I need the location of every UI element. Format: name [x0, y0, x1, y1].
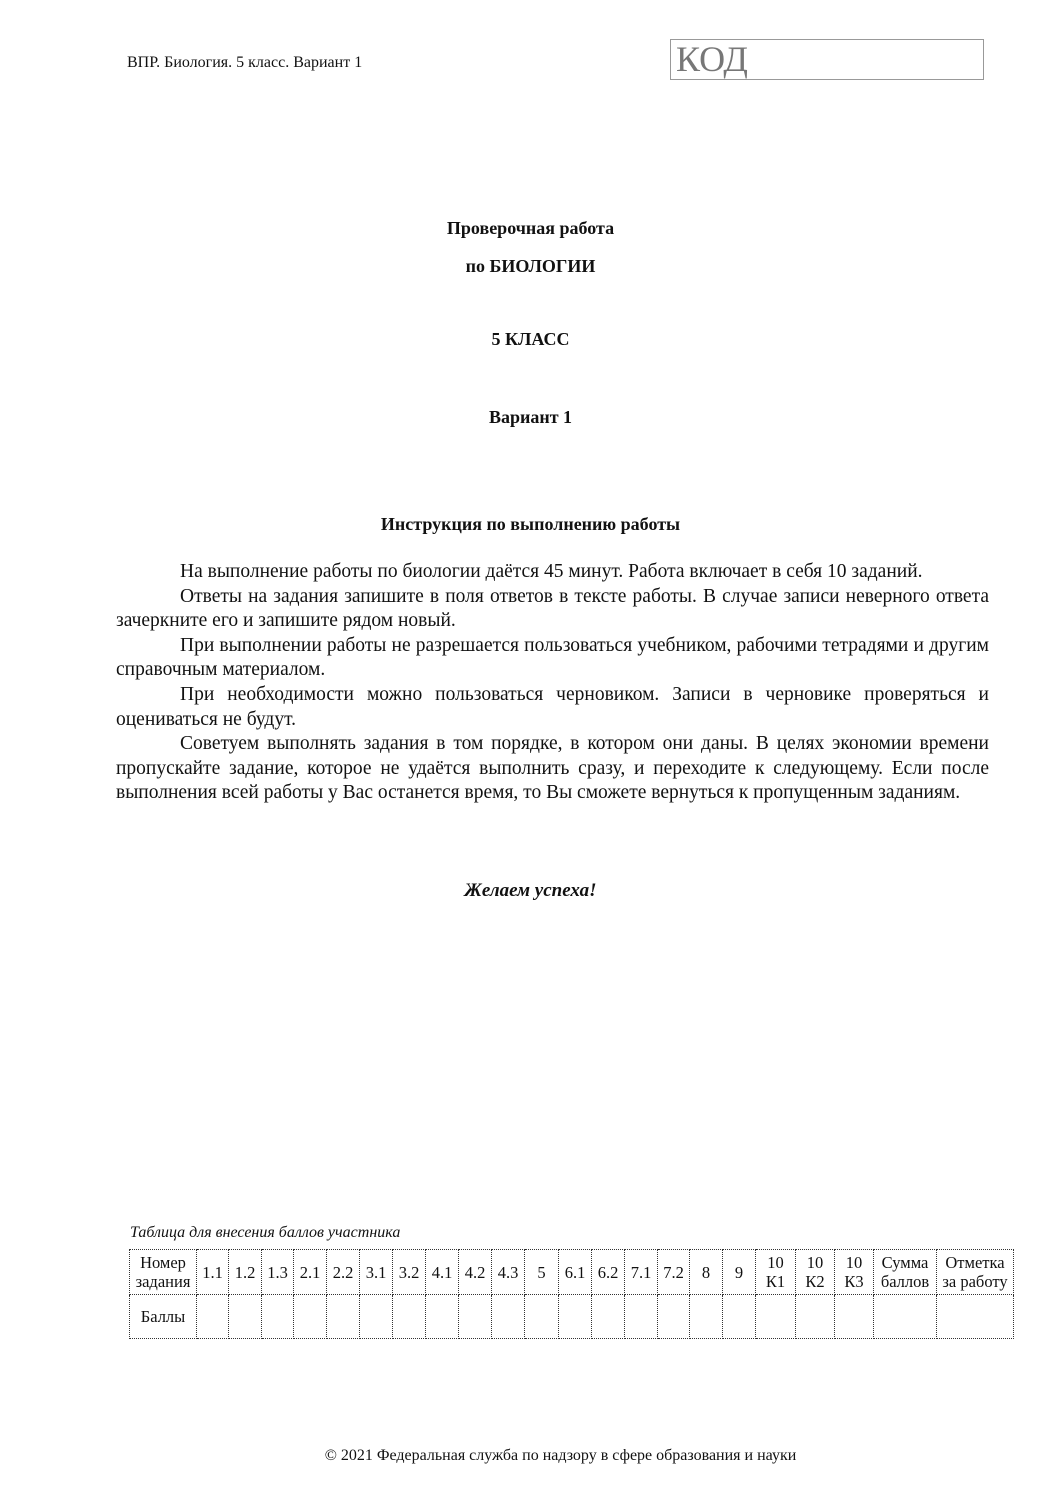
- table-caption: Таблица для внесения баллов участника: [130, 1224, 400, 1242]
- document-header: ВПР. Биология. 5 класс. Вариант 1: [127, 54, 362, 72]
- task-number-cell: 3.2: [393, 1250, 426, 1295]
- task-number-cell: 10 К2: [796, 1250, 835, 1295]
- instruction-paragraph: При выполнении работы не разрешается пол…: [116, 634, 989, 683]
- score-input-cell[interactable]: [426, 1295, 459, 1339]
- task-number-cell: 6.2: [592, 1250, 625, 1295]
- good-luck-text: Желаем успеха!: [0, 880, 1061, 902]
- score-input-cell[interactable]: [874, 1295, 937, 1339]
- score-input-cell[interactable]: [796, 1295, 835, 1339]
- grade-label: 5 КЛАСС: [0, 329, 1061, 350]
- copyright-footer: © 2021 Федеральная служба по надзору в с…: [0, 1447, 1061, 1465]
- score-input-cell[interactable]: [393, 1295, 426, 1339]
- instructions-body: На выполнение работы по биологии даётся …: [116, 560, 989, 806]
- title-line-1: Проверочная работа: [0, 218, 1061, 239]
- score-input-cell[interactable]: [937, 1295, 1014, 1339]
- code-label: КОД: [676, 38, 748, 80]
- row-header-task: Номер задания: [130, 1250, 197, 1295]
- score-input-cell[interactable]: [592, 1295, 625, 1339]
- score-input-cell[interactable]: [625, 1295, 658, 1339]
- code-field[interactable]: КОД: [670, 39, 984, 80]
- score-input-cell[interactable]: [327, 1295, 360, 1339]
- task-number-cell: 5: [525, 1250, 559, 1295]
- instruction-paragraph: Советуем выполнять задания в том порядке…: [116, 732, 989, 806]
- score-input-cell[interactable]: [262, 1295, 294, 1339]
- instruction-paragraph: На выполнение работы по биологии даётся …: [116, 560, 989, 585]
- score-input-cell[interactable]: [835, 1295, 874, 1339]
- score-input-cell[interactable]: [756, 1295, 796, 1339]
- task-number-cell: 7.1: [625, 1250, 658, 1295]
- task-number-cell: 9: [723, 1250, 756, 1295]
- score-input-cell[interactable]: [723, 1295, 756, 1339]
- score-input-cell[interactable]: [360, 1295, 393, 1339]
- task-number-cell: 1.2: [229, 1250, 262, 1295]
- instruction-paragraph: При необходимости можно пользоваться чер…: [116, 683, 989, 732]
- task-number-cell: 10 К3: [835, 1250, 874, 1295]
- score-table: Номер задания 1.11.21.32.12.23.13.24.14.…: [129, 1249, 1014, 1339]
- instructions-title: Инструкция по выполнению работы: [0, 514, 1061, 535]
- task-number-cell: 1.3: [262, 1250, 294, 1295]
- task-number-cell: 2.2: [327, 1250, 360, 1295]
- score-input-cell[interactable]: [459, 1295, 492, 1339]
- score-input-cell[interactable]: [229, 1295, 262, 1339]
- task-number-row: Номер задания 1.11.21.32.12.23.13.24.14.…: [130, 1250, 1014, 1295]
- row-header-score: Баллы: [130, 1295, 197, 1339]
- task-number-cell: 3.1: [360, 1250, 393, 1295]
- score-input-cell[interactable]: [690, 1295, 723, 1339]
- title-line-2: по БИОЛОГИИ: [0, 256, 1061, 277]
- score-input-cell[interactable]: [294, 1295, 327, 1339]
- task-number-cell: 6.1: [559, 1250, 592, 1295]
- variant-label: Вариант 1: [0, 407, 1061, 428]
- score-input-cell[interactable]: [525, 1295, 559, 1339]
- score-input-cell[interactable]: [492, 1295, 525, 1339]
- task-number-cell: 10 К1: [756, 1250, 796, 1295]
- score-input-cell[interactable]: [658, 1295, 690, 1339]
- instruction-paragraph: Ответы на задания запишите в поля ответо…: [116, 585, 989, 634]
- score-row: Баллы: [130, 1295, 1014, 1339]
- task-number-cell: 7.2: [658, 1250, 690, 1295]
- task-number-cell: 4.3: [492, 1250, 525, 1295]
- task-number-cell: Сумма баллов: [874, 1250, 937, 1295]
- task-number-cell: 2.1: [294, 1250, 327, 1295]
- task-number-cell: 4.1: [426, 1250, 459, 1295]
- score-input-cell[interactable]: [559, 1295, 592, 1339]
- task-number-cell: Отметка за работу: [937, 1250, 1014, 1295]
- score-input-cell[interactable]: [197, 1295, 229, 1339]
- task-number-cell: 4.2: [459, 1250, 492, 1295]
- task-number-cell: 1.1: [197, 1250, 229, 1295]
- task-number-cell: 8: [690, 1250, 723, 1295]
